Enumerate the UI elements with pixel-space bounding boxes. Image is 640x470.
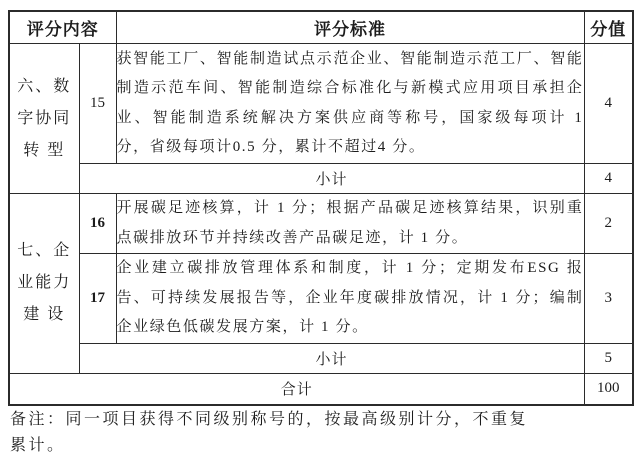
item-number-16: 16 — [79, 194, 116, 254]
category-cell-section-6: 六、数 字协同 转 型 — [9, 44, 79, 194]
subtotal-value-section-6: 4 — [584, 164, 633, 194]
total-row: 合计 100 — [9, 373, 633, 405]
header-cell-standard: 评分标准 — [116, 11, 584, 44]
total-label: 合计 — [9, 373, 584, 405]
item-number-17: 17 — [79, 254, 116, 344]
footnote-remark: 备注：同一项目获得不同级别称号的，按最高级别计分，不重复累计。 — [10, 407, 542, 459]
criteria-text-17: 企业建立碳排放管理体系和制度，计 1 分；定期发布ESG 报告、可持续发展报告等… — [116, 254, 584, 344]
header-cell-content: 评分内容 — [9, 11, 116, 44]
subtotal-row-section-6: 小计 4 — [9, 164, 633, 194]
document-page: 评分内容 评分标准 分值 六、数 字协同 转 型 15 获智能工厂、智能制造试点… — [0, 0, 640, 470]
subtotal-label-section-6: 小计 — [79, 164, 584, 194]
table-row-item-17: 17 企业建立碳排放管理体系和制度，计 1 分；定期发布ESG 报告、可持续发展… — [9, 254, 633, 344]
score-value-16: 2 — [584, 194, 633, 254]
subtotal-row-section-7: 小计 5 — [9, 343, 633, 373]
score-value-15: 4 — [584, 44, 633, 164]
score-value-17: 3 — [584, 254, 633, 344]
table-row-item-16: 七、企 业能力 建 设 16 开展碳足迹核算，计 1 分；根据产品碳足迹核算结果… — [9, 194, 633, 254]
criteria-text-16: 开展碳足迹核算，计 1 分；根据产品碳足迹核算结果，识别重点碳排放环节并持续改善… — [116, 194, 584, 254]
table-row-item-15: 六、数 字协同 转 型 15 获智能工厂、智能制造试点示范企业、智能制造示范工厂… — [9, 44, 633, 164]
subtotal-value-section-7: 5 — [584, 343, 633, 373]
table-header-row: 评分内容 评分标准 分值 — [9, 11, 633, 44]
subtotal-label-section-7: 小计 — [79, 343, 584, 373]
scoring-criteria-table: 评分内容 评分标准 分值 六、数 字协同 转 型 15 获智能工厂、智能制造试点… — [8, 10, 634, 406]
category-cell-section-7: 七、企 业能力 建 设 — [9, 194, 79, 374]
item-number-15: 15 — [79, 44, 116, 164]
total-value: 100 — [584, 373, 633, 405]
header-cell-score: 分值 — [584, 11, 633, 44]
criteria-text-15: 获智能工厂、智能制造试点示范企业、智能制造示范工厂、智能制造示范车间、智能制造综… — [116, 44, 584, 164]
